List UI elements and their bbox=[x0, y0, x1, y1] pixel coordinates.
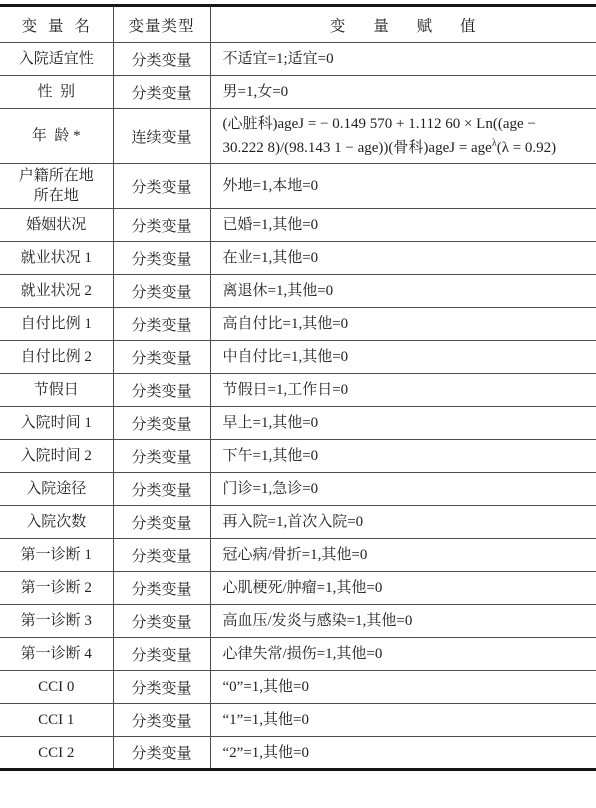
variable-name-cell: 第一诊断 1 bbox=[0, 539, 113, 572]
table-row: 自付比例 2分类变量中自付比=1,其他=0 bbox=[0, 341, 596, 374]
variable-name-cell: 入院次数 bbox=[0, 506, 113, 539]
table-row: 入院时间 2分类变量下午=1,其他=0 bbox=[0, 440, 596, 473]
variable-name-cell: CCI 1 bbox=[0, 704, 113, 737]
table-body: 入院适宜性分类变量不适宜=1;适宜=0性 别分类变量男=1,女=0年 龄 *连续… bbox=[0, 43, 596, 770]
table-row: 就业状况 2分类变量离退休=1,其他=0 bbox=[0, 275, 596, 308]
variable-name-cell: 就业状况 1 bbox=[0, 242, 113, 275]
header-variable-assignment: 变 量 赋 值 bbox=[210, 6, 596, 43]
variable-type-cell: 分类变量 bbox=[113, 209, 210, 242]
table-row: 第一诊断 3分类变量高血压/发炎与感染=1,其他=0 bbox=[0, 605, 596, 638]
variable-type-cell: 分类变量 bbox=[113, 605, 210, 638]
variable-value-cell: 门诊=1,急诊=0 bbox=[210, 473, 596, 506]
variable-name-cell: 入院时间 2 bbox=[0, 440, 113, 473]
variable-type-cell: 分类变量 bbox=[113, 164, 210, 209]
table-row: 入院适宜性分类变量不适宜=1;适宜=0 bbox=[0, 43, 596, 76]
variable-value-cell: 男=1,女=0 bbox=[210, 76, 596, 109]
variable-value-cell: 高自付比=1,其他=0 bbox=[210, 308, 596, 341]
table-row: CCI 1分类变量“1”=1,其他=0 bbox=[0, 704, 596, 737]
variable-type-cell: 分类变量 bbox=[113, 43, 210, 76]
variable-name-cell: 就业状况 2 bbox=[0, 275, 113, 308]
variable-name-cell: 节假日 bbox=[0, 374, 113, 407]
variable-name-cell: 入院途径 bbox=[0, 473, 113, 506]
variable-value-cell: 再入院=1,首次入院=0 bbox=[210, 506, 596, 539]
variable-value-cell: 离退休=1,其他=0 bbox=[210, 275, 596, 308]
variable-type-cell: 分类变量 bbox=[113, 671, 210, 704]
table-row: 第一诊断 1分类变量冠心病/骨折=1,其他=0 bbox=[0, 539, 596, 572]
table-row: 第一诊断 4分类变量心律失常/损伤=1,其他=0 bbox=[0, 638, 596, 671]
variable-name-cell: 自付比例 1 bbox=[0, 308, 113, 341]
table-row: 入院时间 1分类变量早上=1,其他=0 bbox=[0, 407, 596, 440]
variable-value-cell: 在业=1,其他=0 bbox=[210, 242, 596, 275]
variable-name-cell: 入院适宜性 bbox=[0, 43, 113, 76]
variable-value-cell: 不适宜=1;适宜=0 bbox=[210, 43, 596, 76]
table-row: 入院次数分类变量再入院=1,首次入院=0 bbox=[0, 506, 596, 539]
table-row: 婚姻状况分类变量已婚=1,其他=0 bbox=[0, 209, 596, 242]
variable-name-cell: 户籍所在地 所在地 bbox=[0, 164, 113, 209]
document-page: 变 量 名 变量类型 变 量 赋 值 入院适宜性分类变量不适宜=1;适宜=0性 … bbox=[0, 0, 596, 808]
variable-name-cell: CCI 2 bbox=[0, 737, 113, 770]
variable-type-cell: 分类变量 bbox=[113, 704, 210, 737]
table-row: 性 别分类变量男=1,女=0 bbox=[0, 76, 596, 109]
variable-type-cell: 分类变量 bbox=[113, 572, 210, 605]
table-row: 自付比例 1分类变量高自付比=1,其他=0 bbox=[0, 308, 596, 341]
variable-value-cell: “0”=1,其他=0 bbox=[210, 671, 596, 704]
table-row: 节假日分类变量节假日=1,工作日=0 bbox=[0, 374, 596, 407]
formula-text-tail: (λ = 0.92) bbox=[497, 140, 556, 156]
variable-value-cell: “1”=1,其他=0 bbox=[210, 704, 596, 737]
table-row: 就业状况 1分类变量在业=1,其他=0 bbox=[0, 242, 596, 275]
variable-value-cell: 心律失常/损伤=1,其他=0 bbox=[210, 638, 596, 671]
header-variable-name: 变 量 名 bbox=[0, 6, 113, 43]
variable-type-cell: 分类变量 bbox=[113, 341, 210, 374]
variable-name-cell: 第一诊断 3 bbox=[0, 605, 113, 638]
variable-type-cell: 连续变量 bbox=[113, 109, 210, 164]
variable-type-cell: 分类变量 bbox=[113, 76, 210, 109]
variable-name-cell: 第一诊断 2 bbox=[0, 572, 113, 605]
variable-type-cell: 分类变量 bbox=[113, 308, 210, 341]
formula-text: (心脏科)ageJ = − 0.149 570 + 1.112 60 × Ln(… bbox=[223, 116, 536, 156]
table-row: CCI 0分类变量“0”=1,其他=0 bbox=[0, 671, 596, 704]
variable-value-cell: (心脏科)ageJ = − 0.149 570 + 1.112 60 × Ln(… bbox=[210, 109, 596, 164]
variable-value-cell: 高血压/发炎与感染=1,其他=0 bbox=[210, 605, 596, 638]
table-header: 变 量 名 变量类型 变 量 赋 值 bbox=[0, 6, 596, 43]
variable-type-cell: 分类变量 bbox=[113, 539, 210, 572]
table-row: 第一诊断 2分类变量心肌梗死/肿瘤=1,其他=0 bbox=[0, 572, 596, 605]
table-row: 入院途径分类变量门诊=1,急诊=0 bbox=[0, 473, 596, 506]
variable-type-cell: 分类变量 bbox=[113, 275, 210, 308]
variable-type-cell: 分类变量 bbox=[113, 242, 210, 275]
variable-type-cell: 分类变量 bbox=[113, 440, 210, 473]
variable-value-cell: 早上=1,其他=0 bbox=[210, 407, 596, 440]
variable-value-cell: “2”=1,其他=0 bbox=[210, 737, 596, 770]
table-row: 年 龄 *连续变量(心脏科)ageJ = − 0.149 570 + 1.112… bbox=[0, 109, 596, 164]
variable-value-cell: 外地=1,本地=0 bbox=[210, 164, 596, 209]
variable-value-cell: 冠心病/骨折=1,其他=0 bbox=[210, 539, 596, 572]
variable-type-cell: 分类变量 bbox=[113, 407, 210, 440]
header-row: 变 量 名 变量类型 变 量 赋 值 bbox=[0, 6, 596, 43]
variable-name-cell: CCI 0 bbox=[0, 671, 113, 704]
variable-value-cell: 心肌梗死/肿瘤=1,其他=0 bbox=[210, 572, 596, 605]
variable-name-cell: 年 龄 * bbox=[0, 109, 113, 164]
variable-type-cell: 分类变量 bbox=[113, 473, 210, 506]
variable-name-cell: 婚姻状况 bbox=[0, 209, 113, 242]
table-row: CCI 2分类变量“2”=1,其他=0 bbox=[0, 737, 596, 770]
variable-type-cell: 分类变量 bbox=[113, 374, 210, 407]
variable-value-cell: 中自付比=1,其他=0 bbox=[210, 341, 596, 374]
variable-type-cell: 分类变量 bbox=[113, 638, 210, 671]
variable-name-cell: 自付比例 2 bbox=[0, 341, 113, 374]
variable-value-cell: 已婚=1,其他=0 bbox=[210, 209, 596, 242]
variable-name-cell: 第一诊断 4 bbox=[0, 638, 113, 671]
variable-name-cell: 入院时间 1 bbox=[0, 407, 113, 440]
variable-type-cell: 分类变量 bbox=[113, 506, 210, 539]
variable-type-cell: 分类变量 bbox=[113, 737, 210, 770]
variable-value-cell: 节假日=1,工作日=0 bbox=[210, 374, 596, 407]
table-row: 户籍所在地 所在地分类变量外地=1,本地=0 bbox=[0, 164, 596, 209]
variable-value-cell: 下午=1,其他=0 bbox=[210, 440, 596, 473]
variable-name-cell: 性 别 bbox=[0, 76, 113, 109]
header-variable-type: 变量类型 bbox=[113, 6, 210, 43]
variable-assignment-table: 变 量 名 变量类型 变 量 赋 值 入院适宜性分类变量不适宜=1;适宜=0性 … bbox=[0, 4, 596, 771]
